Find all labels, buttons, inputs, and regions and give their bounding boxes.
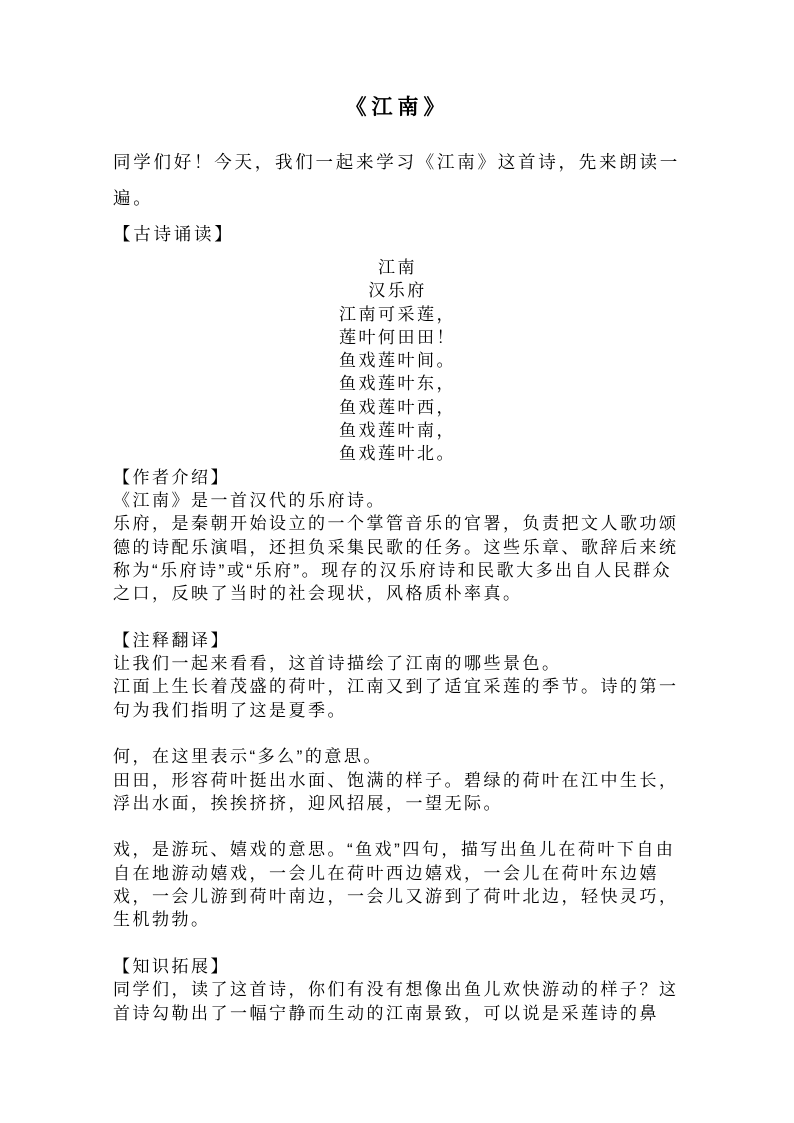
section-extension: 【知识拓展】 同学们，读了这首诗，你们有没有想像出鱼儿欢快游动的样子？这首诗勾勒… <box>113 955 682 1025</box>
section-header-extension: 【知识拓展】 <box>113 955 682 978</box>
section-recitation: 【古诗诵读】 江南 汉乐府 江南可采莲， 莲叶何田田！ 鱼戏莲叶间。 鱼戏莲叶东… <box>113 216 682 466</box>
annotation-paragraph-3: 何，在这里表示“多么”的意思。 <box>113 745 682 768</box>
section-header-annotation: 【注释翻译】 <box>113 629 682 652</box>
section-header-author-intro: 【作者介绍】 <box>113 466 682 489</box>
document-page: 《江南》 同学们好！今天，我们一起来学习《江南》这首诗，先来朗读一遍。 【古诗诵… <box>0 0 794 1123</box>
annotation-paragraph-5: 戏，是游玩、嬉戏的意思。“鱼戏”四句，描写出鱼儿在荷叶下自由自在地游动嬉戏，一会… <box>113 838 682 931</box>
poem-block: 江南 汉乐府 江南可采莲， 莲叶何田田！ 鱼戏莲叶间。 鱼戏莲叶东， 鱼戏莲叶西… <box>113 256 682 466</box>
annotation-paragraph-4: 田田，形容荷叶挺出水面、饱满的样子。碧绿的荷叶在江中生长，浮出水面，挨挨挤挤，迎… <box>113 769 682 816</box>
author-intro-paragraph-2: 乐府，是秦朝开始设立的一个掌管音乐的官署，负责把文人歌功颂德的诗配乐演唱，还担负… <box>113 512 682 605</box>
poem-line-5: 鱼戏莲叶西， <box>113 396 682 419</box>
poem-title: 江南 <box>113 256 682 279</box>
poem-line-1: 江南可采莲， <box>113 303 682 326</box>
poem-line-2: 莲叶何田田！ <box>113 326 682 349</box>
poem-author: 汉乐府 <box>113 279 682 302</box>
poem-line-7: 鱼戏莲叶北。 <box>113 442 682 465</box>
annotation-paragraph-2: 江面上生长着茂盛的荷叶，江南又到了适宜采莲的季节。诗的第一句为我们指明了这是夏季… <box>113 675 682 722</box>
section-header-recitation: 【古诗诵读】 <box>113 216 682 252</box>
intro-paragraph: 同学们好！今天，我们一起来学习《江南》这首诗，先来朗读一遍。 <box>113 144 682 216</box>
section-annotation: 【注释翻译】 让我们一起来看看，这首诗描绘了江南的哪些景色。 江面上生长着茂盛的… <box>113 629 682 932</box>
section-author-intro: 【作者介绍】 《江南》是一首汉代的乐府诗。 乐府，是秦朝开始设立的一个掌管音乐的… <box>113 466 682 606</box>
poem-line-3: 鱼戏莲叶间。 <box>113 349 682 372</box>
poem-line-4: 鱼戏莲叶东， <box>113 372 682 395</box>
author-intro-paragraph-1: 《江南》是一首汉代的乐府诗。 <box>113 489 682 512</box>
page-title: 《江南》 <box>113 0 682 123</box>
annotation-paragraph-1: 让我们一起来看看，这首诗描绘了江南的哪些景色。 <box>113 652 682 675</box>
extension-paragraph: 同学们，读了这首诗，你们有没有想像出鱼儿欢快游动的样子？这首诗勾勒出了一幅宁静而… <box>113 978 682 1025</box>
poem-line-6: 鱼戏莲叶南， <box>113 419 682 442</box>
